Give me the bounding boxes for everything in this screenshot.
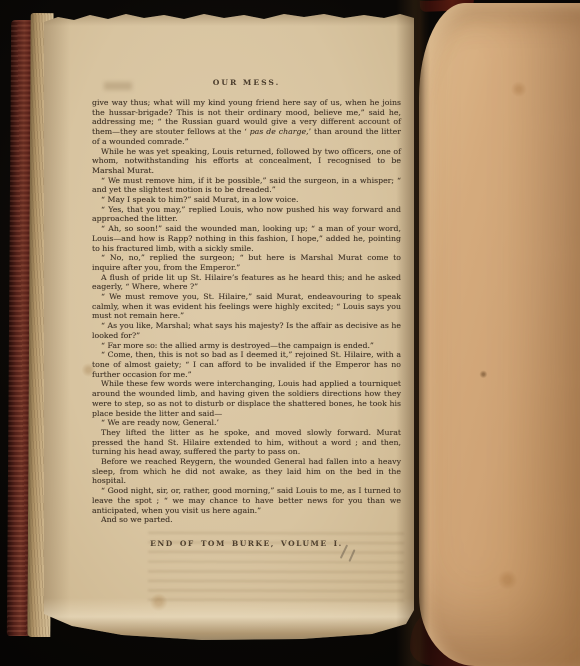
paragraph: “ Yes, that you may,” replied Louis, who… bbox=[92, 205, 401, 224]
open-book-photo: OUR MESS. give way thus; what will my ki… bbox=[0, 0, 580, 666]
paragraph: “ Good night, sir, or, rather, good morn… bbox=[92, 486, 401, 515]
paragraph: While he was yet speaking, Louis returne… bbox=[92, 147, 401, 176]
paragraph: “ We must remove you, St. Hilaire,” said… bbox=[92, 292, 401, 321]
left-page: OUR MESS. give way thus; what will my ki… bbox=[44, 12, 414, 640]
paragraph: While these few words were interchanging… bbox=[92, 379, 401, 418]
paragraph: They lifted the litter as he spoke, and … bbox=[92, 428, 401, 457]
paragraph: “ Ah, so soon!” said the wounded man, lo… bbox=[92, 224, 401, 253]
paragraph: And so we parted. bbox=[92, 515, 401, 525]
show-through-text bbox=[148, 532, 404, 605]
text-block: OUR MESS. give way thus; what will my ki… bbox=[92, 78, 401, 548]
pencil-stroke bbox=[348, 549, 355, 562]
paragraph: give way thus; what will my kind young f… bbox=[92, 98, 401, 147]
pencil-mark bbox=[343, 544, 365, 570]
running-header: OUR MESS. bbox=[92, 78, 401, 87]
page-bottom-curl bbox=[44, 598, 414, 640]
paragraph: “ May I speak to him?” said Murat, in a … bbox=[92, 195, 401, 205]
paragraph: A flush of pride lit up St. Hilaire’s fe… bbox=[92, 273, 401, 292]
right-page-blank bbox=[419, 3, 580, 666]
paragraph: “ Come, then, this is not so bad as I de… bbox=[92, 350, 401, 379]
paragraph: Before we reached Reygern, the wounded G… bbox=[92, 457, 401, 486]
paragraph: “ Far more so: the allied army is destro… bbox=[92, 341, 401, 351]
paragraph: “ As you like, Marshal; what says his ma… bbox=[92, 321, 401, 340]
paragraph: “ We are ready now, General.’ bbox=[92, 418, 401, 428]
italic-phrase: pas de charge, bbox=[250, 127, 309, 136]
paragraph: “ We must remove him, if it be possible,… bbox=[92, 176, 401, 195]
paragraph: “ No, no,” replied the surgeon; “ but he… bbox=[92, 253, 401, 272]
